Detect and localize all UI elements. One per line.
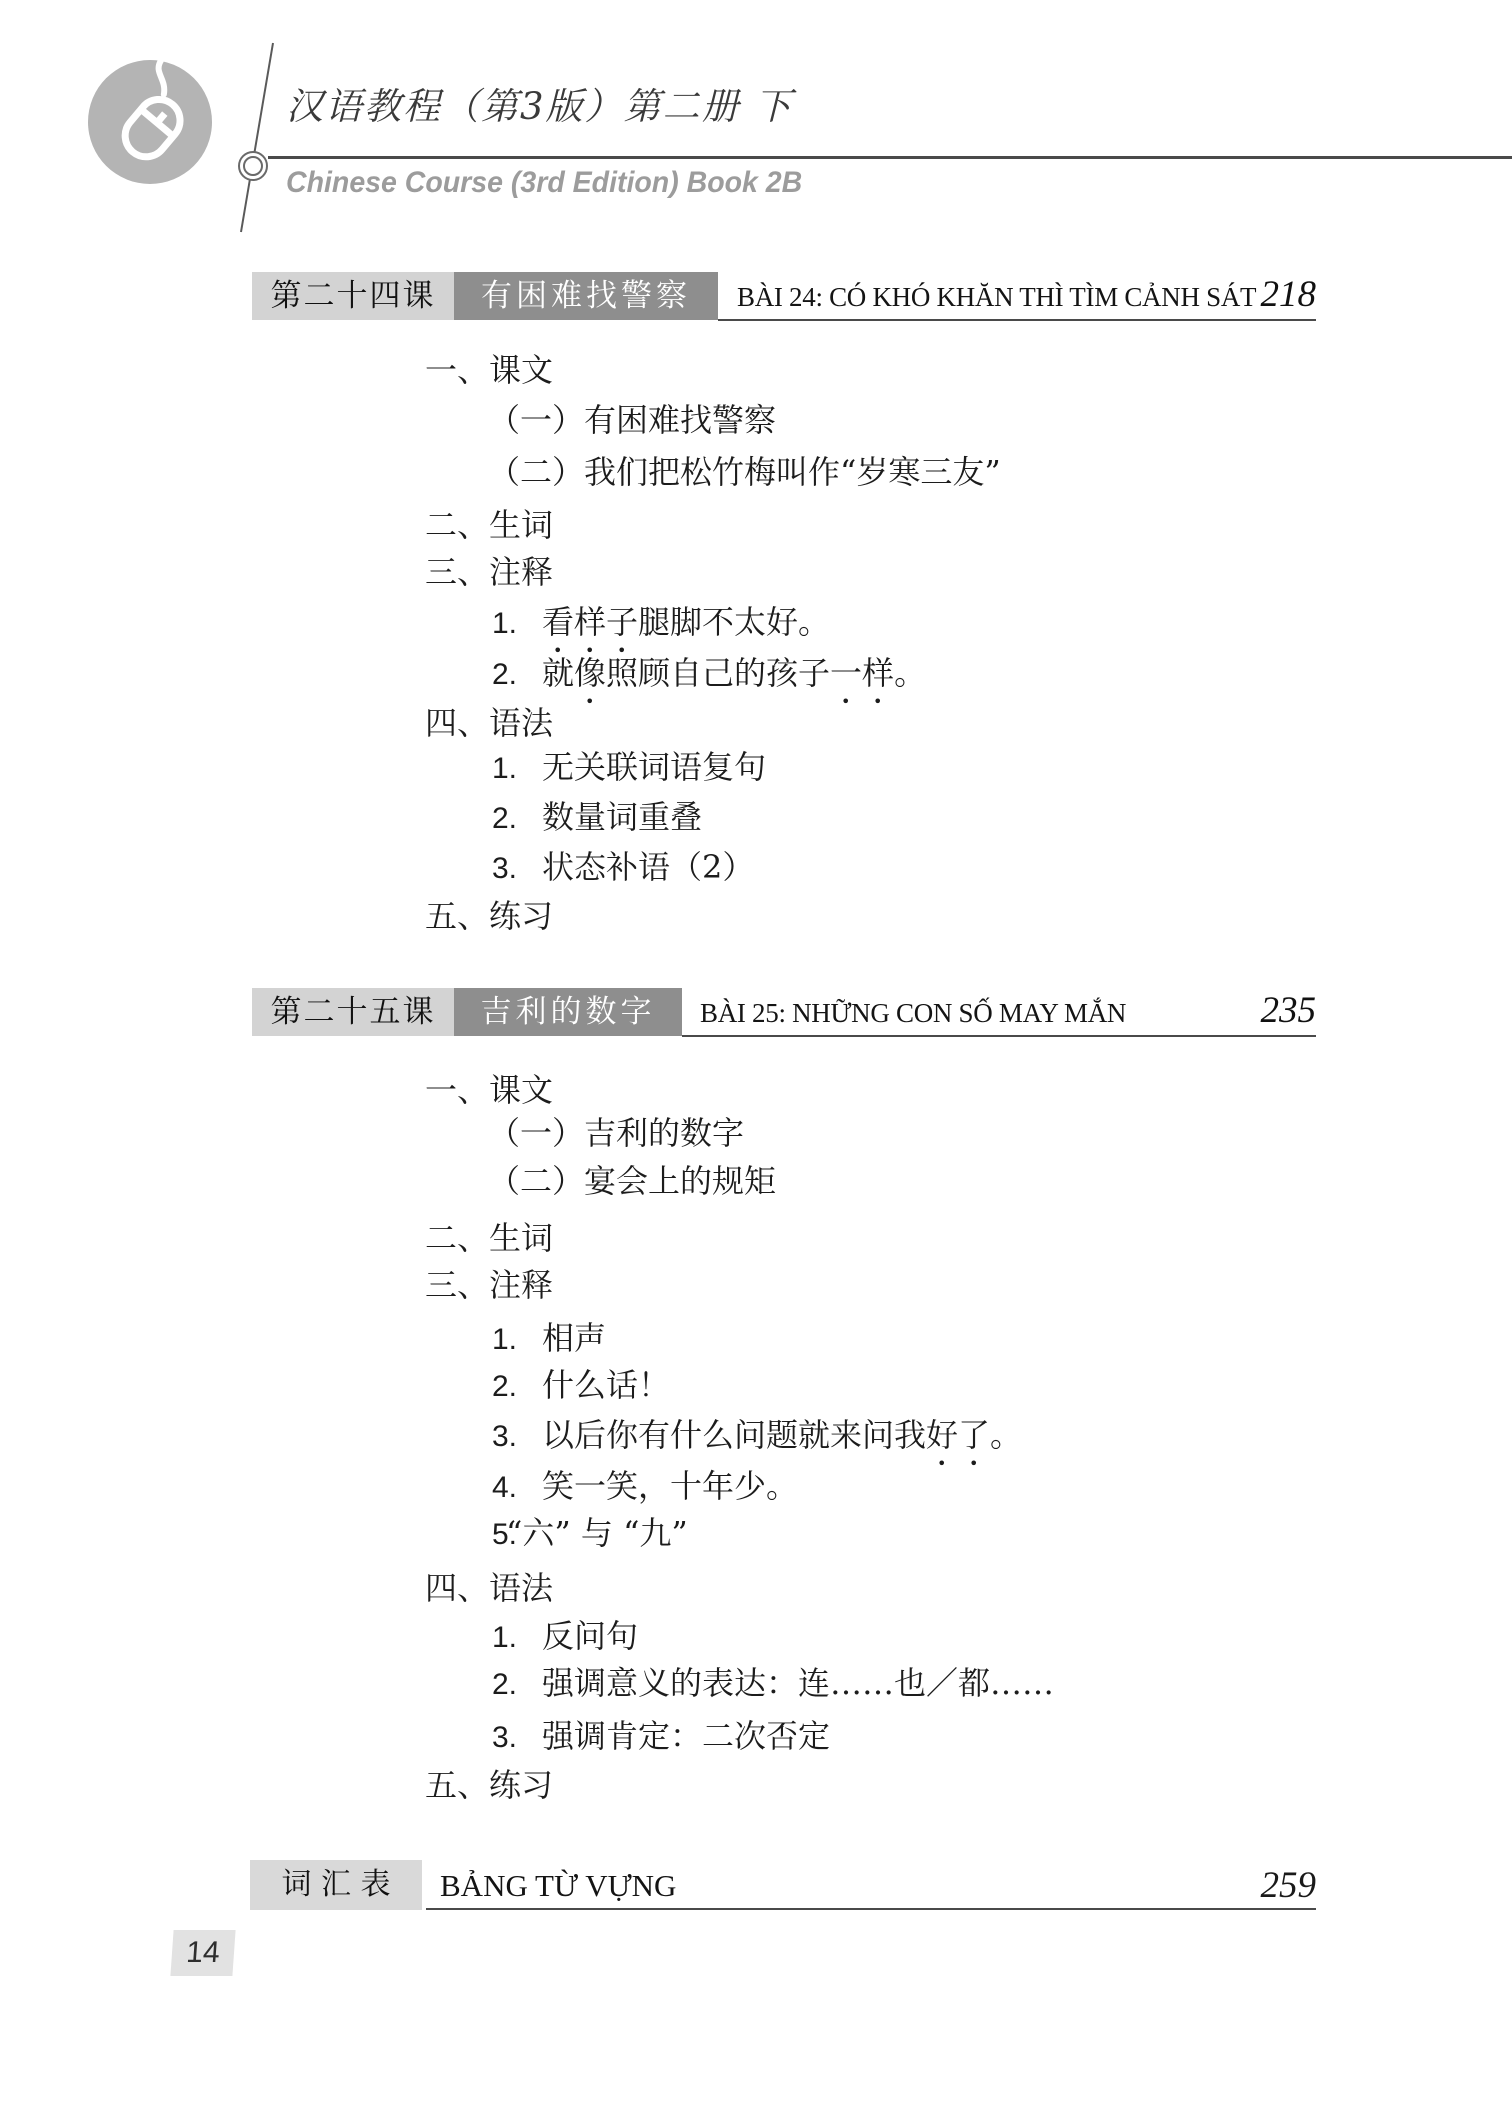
vocab-table-vietnamese: BẢNG TỪ VỰNG <box>440 1860 676 1910</box>
page-number-badge: 14 <box>170 1930 235 1976</box>
item-text: 无关联词语复句 <box>542 748 766 786</box>
item-number: 2. <box>492 655 542 695</box>
item-text: 以后你有什么问题就来问我 <box>542 1416 926 1454</box>
toc-item: 三、注释 <box>425 1265 553 1305</box>
lesson25-number-tab: 第二十五课 <box>252 988 454 1036</box>
toc-item: 二、生词 <box>425 505 553 545</box>
item-number: 4. <box>492 1468 542 1508</box>
header-rule <box>268 156 1512 159</box>
toc-item: （二）宴会上的规矩 <box>488 1161 776 1201</box>
item-number: 1. <box>492 604 542 644</box>
item-number: 3. <box>492 849 542 889</box>
book-title-english: Chinese Course (3rd Edition) Book 2B <box>286 166 802 200</box>
item-number: 2. <box>492 1367 542 1407</box>
toc-item: 2.数量词重叠 <box>492 797 702 839</box>
lesson25-title-tab: 吉利的数字 <box>454 988 682 1036</box>
item-text: 就 <box>542 654 574 692</box>
item-number: 2. <box>492 799 542 839</box>
ring-ornament-inner <box>243 156 263 176</box>
toc-item: 4.笑一笑，十年少。 <box>492 1466 798 1508</box>
item-text: 照顾自己的孩子 <box>606 654 830 692</box>
item-number: 2. <box>492 1665 542 1705</box>
ring-ornament <box>238 151 268 181</box>
item-text: 状态补语（2） <box>542 848 754 886</box>
item-text: 腿脚不太好。 <box>638 603 830 641</box>
item-text: 什么话！ <box>542 1366 670 1404</box>
toc-item: 四、语法 <box>425 703 553 743</box>
emphasized-text: 好了 <box>926 1416 990 1454</box>
book-title-chinese: 汉语教程（第3版）第二册 下 <box>286 76 793 130</box>
toc-item: 1.反问句 <box>492 1616 638 1658</box>
toc-item: 3.状态补语（2） <box>492 847 754 889</box>
toc-item: 四、语法 <box>425 1568 553 1608</box>
toc-item: 2.就像照顾自己的孩子一样。 <box>492 653 926 711</box>
toc-item: 2.强调意义的表达：连……也／都…… <box>492 1663 1054 1705</box>
lesson24-page-number: 218 <box>1150 270 1316 318</box>
toc-item: 1.无关联词语复句 <box>492 747 766 789</box>
lesson24-title-tab: 有困难找警察 <box>454 272 718 320</box>
book-toc-page: 汉语教程（第3版）第二册 下 Chinese Course (3rd Editi… <box>0 0 1512 2119</box>
toc-item: 3.以后你有什么问题就来问我好了。 <box>492 1415 1022 1473</box>
emphasized-text: 看样子 <box>542 603 638 641</box>
vocab-table-tab: 词 汇 表 <box>250 1860 422 1910</box>
emphasized-text: 像 <box>574 654 606 692</box>
item-text: 。 <box>990 1416 1022 1454</box>
mouse-icon <box>88 60 212 184</box>
item-text: 笑一笑，十年少。 <box>542 1467 798 1505</box>
item-text: 反问句 <box>542 1617 638 1655</box>
lesson25-title-vietnamese: BÀI 25: NHỮNG CON SỐ MAY MẮN <box>700 988 1126 1036</box>
item-number: 1. <box>492 1320 542 1360</box>
item-text: 。 <box>894 654 926 692</box>
toc-item: 二、生词 <box>425 1218 553 1258</box>
toc-item: （一）有困难找警察 <box>488 400 776 440</box>
item-text: “六” 与 “九” <box>506 1514 688 1552</box>
toc-item: （二）我们把松竹梅叫作“岁寒三友” <box>488 452 1001 492</box>
toc-item: 一、课文 <box>425 350 553 390</box>
lesson24-rule <box>718 319 1316 321</box>
toc-item: （一）吉利的数字 <box>488 1113 744 1153</box>
lesson24-number-tab: 第二十四课 <box>252 272 454 320</box>
toc-item: 1.看样子腿脚不太好。 <box>492 602 830 660</box>
toc-item: 3.强调肯定：二次否定 <box>492 1716 830 1758</box>
diagonal-rule <box>225 35 305 240</box>
toc-item: 五、练习 <box>425 1765 553 1805</box>
item-text: 强调肯定：二次否定 <box>542 1717 830 1755</box>
lesson25-page-number: 235 <box>1150 986 1316 1034</box>
toc-item: 五、练习 <box>425 896 553 936</box>
item-number: 5. <box>492 1515 506 1555</box>
vocab-page-number: 259 <box>1150 1860 1316 1910</box>
item-text: 相声 <box>542 1319 606 1357</box>
item-text: 数量词重叠 <box>542 798 702 836</box>
toc-item: 一、课文 <box>425 1070 553 1110</box>
toc-item: 三、注释 <box>425 552 553 592</box>
item-number: 3. <box>492 1718 542 1758</box>
mouse-icon-glyph <box>88 60 212 184</box>
item-text: 强调意义的表达：连……也／都…… <box>542 1664 1054 1702</box>
lesson25-rule <box>682 1035 1316 1037</box>
toc-item: 2.什么话！ <box>492 1365 670 1407</box>
item-number: 1. <box>492 1618 542 1658</box>
item-number: 3. <box>492 1417 542 1457</box>
emphasized-text: 一样 <box>830 654 894 692</box>
toc-item: 5.“六” 与 “九” <box>492 1513 688 1555</box>
toc-item: 1.相声 <box>492 1318 606 1360</box>
item-number: 1. <box>492 749 542 789</box>
